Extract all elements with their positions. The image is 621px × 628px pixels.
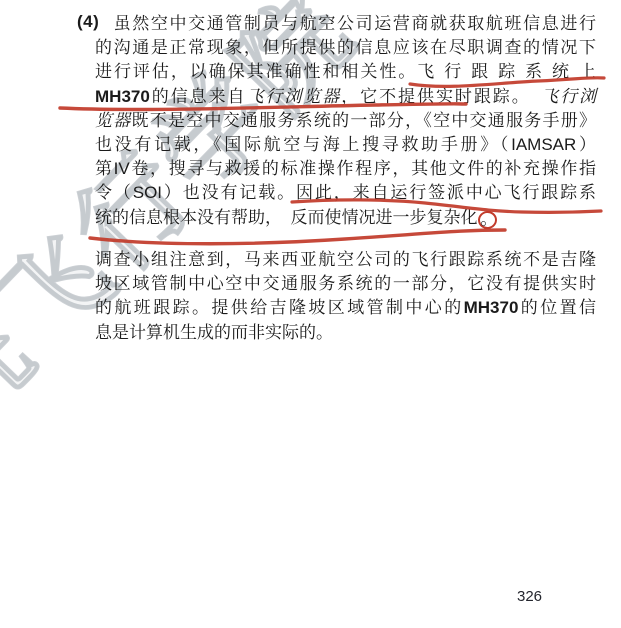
period: 。 xyxy=(478,207,497,228)
italic-term: 飞行浏览器 xyxy=(246,87,341,106)
text-line: MH370的信息来自飞行浏览器，它不提供实时跟踪。 飞行浏 xyxy=(95,85,596,109)
line-text: ，它不提供实时跟踪。 xyxy=(341,87,541,106)
italic-term: 飞行浏 xyxy=(541,87,596,106)
line-text: ）也没有记载。 xyxy=(162,183,296,202)
document-page: 院 飞 行 学 院 飞 (4) 虽然空中交通管制员与航空公司运营商就获取航班信息… xyxy=(0,0,621,628)
flight-number: MH370 xyxy=(464,298,519,317)
text-line: 息是计算机生成的而非实际的。 xyxy=(95,321,596,345)
line-text: 进行评估，以确保其准确性和相关性。 xyxy=(95,62,417,81)
text-line: 令（SOI）也没有记载。因此，来自运行签派中心飞行跟踪系 xyxy=(95,181,596,205)
flight-number: MH370 xyxy=(95,87,150,106)
line-text: 坡区域管制中心空中交通服务系统的一部分，它没有提供实时 xyxy=(95,274,596,293)
line-text: 也没有记载，《国际航空与海上搜寻救助手册》（ xyxy=(95,135,511,154)
paragraph-item-4: (4) 虽然空中交通管制员与航空公司运营商就获取航班信息进行 的沟通是正常现象，… xyxy=(95,12,596,230)
acronym: IAMSAR xyxy=(511,135,576,154)
line-text: 的信息来自 xyxy=(150,87,247,106)
text-line: 的航班跟踪。提供给吉隆坡区域管制中心的MH370的位置信 xyxy=(95,296,596,320)
line-text: 令（ xyxy=(95,183,133,202)
line-text: 虽然空中交通管制员与航空公司运营商就获取航班信息进行 xyxy=(112,14,596,33)
underlined-phrase: 因此，来自运行签派中心飞行跟踪系 xyxy=(296,183,596,202)
line-text: 的航班跟踪。提供给吉隆坡区域管制中心的 xyxy=(95,298,464,317)
text-line: 调查小组注意到，马来西亚航空公司的飞行跟踪系统不是吉隆 xyxy=(95,248,596,272)
text-line: 第IV卷，搜寻与救援的标准操作程序，其他文件的补充操作指 xyxy=(95,157,596,181)
red-circle-annotation: 。 xyxy=(476,209,497,229)
text-line: 览器既不是空中交通服务系统的一部分，《空中交通服务手册》 xyxy=(95,109,596,133)
line-text: 既不是空中交通服务系统的一部分，《空中交通服务手册》 xyxy=(131,111,596,130)
text-line: 虽然空中交通管制员与航空公司运营商就获取航班信息进行 xyxy=(95,12,596,36)
underlined-phrase: 飞行跟踪系统上 xyxy=(417,62,604,81)
line-text: 卷，搜寻与救援的标准操作程序，其他文件的补充操作指 xyxy=(130,159,596,178)
line-text: 第 xyxy=(95,159,114,178)
text-line: 坡区域管制中心空中交通服务系统的一部分，它没有提供实时 xyxy=(95,272,596,296)
watermark-char: 院 xyxy=(0,299,51,452)
paragraph-2: 调查小组注意到，马来西亚航空公司的飞行跟踪系统不是吉隆 坡区域管制中心空中交通服… xyxy=(95,248,596,345)
page-number: 326 xyxy=(517,588,542,605)
italic-term: 览器 xyxy=(95,111,131,130)
line-text: ） xyxy=(576,135,596,154)
text-line: 进行评估，以确保其准确性和相关性。飞行跟踪系统上 xyxy=(95,60,596,84)
acronym: SOI xyxy=(133,183,162,202)
text-line: 也没有记载，《国际航空与海上搜寻救助手册》（IAMSAR） xyxy=(95,133,596,157)
line-text: 的位置信 xyxy=(518,298,596,317)
line-text: 的沟通是正常现象，但所提供的信息应该在尽职调查的情况下 xyxy=(95,38,596,57)
text-line: 统的信息根本没有帮助， 反而使情况进一步复杂化。 xyxy=(95,206,596,230)
list-marker: (4) xyxy=(77,12,99,32)
red-underline-4 xyxy=(90,230,505,244)
volume-numeral: IV xyxy=(114,159,130,178)
line-text: 统的信息根本没有帮助， 反而使情况进一步复杂化 xyxy=(95,208,478,227)
line-text: 息是计算机生成的而非实际的。 xyxy=(95,323,333,342)
line-text: 调查小组注意到，马来西亚航空公司的飞行跟踪系统不是吉隆 xyxy=(95,250,596,269)
text-line: 的沟通是正常现象，但所提供的信息应该在尽职调查的情况下 xyxy=(95,36,596,60)
